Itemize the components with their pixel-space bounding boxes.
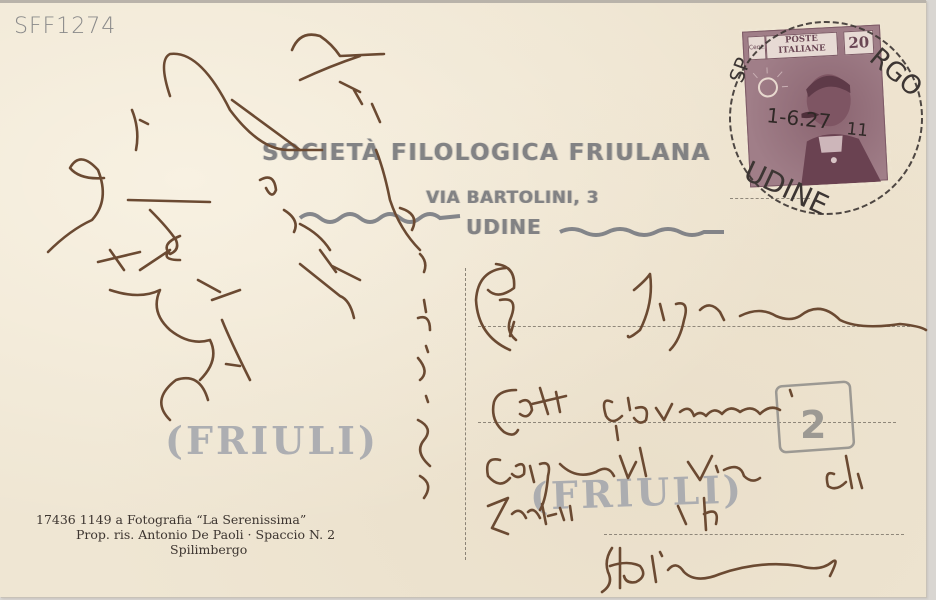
printer-credit-line1: 17436 1149 a Fotografia “La Serenissima” xyxy=(18,512,438,527)
postmark-underline xyxy=(730,198,810,199)
region-stamp-left: (FRIULI) xyxy=(165,418,379,463)
address-line-2 xyxy=(478,422,896,423)
archive-id: SFF1274 xyxy=(14,14,116,39)
king-portrait-icon xyxy=(743,25,889,188)
svg-text:2: 2 xyxy=(800,403,826,447)
region-stamp-right: (FRIULI) xyxy=(529,466,744,518)
address-line-3 xyxy=(604,534,904,535)
printer-credit-line3: Spilimbergo xyxy=(18,542,438,557)
postcard-back: SFF1274 SOCIETÀ FILOLOGICA FRIULANA VIA … xyxy=(0,0,926,597)
address-line-1 xyxy=(478,326,910,327)
society-stamp-name: SOCIETÀ FILOLOGICA FRIULANA xyxy=(262,140,711,166)
address-divider xyxy=(465,268,466,560)
stamp-body: Cent. POSTE ITALIANE 20 xyxy=(742,24,888,187)
society-stamp-street: VIA BARTOLINI, 3 xyxy=(426,188,599,208)
printer-credit-line2: Prop. ris. Antonio De Paoli · Spaccio N.… xyxy=(18,527,438,542)
printer-credit: 17436 1149 a Fotografia “La Serenissima”… xyxy=(18,512,438,557)
postage-stamp: Cent. POSTE ITALIANE 20 xyxy=(738,20,892,191)
society-stamp-city: UDINE xyxy=(466,215,542,239)
card-top-edge xyxy=(0,0,926,3)
